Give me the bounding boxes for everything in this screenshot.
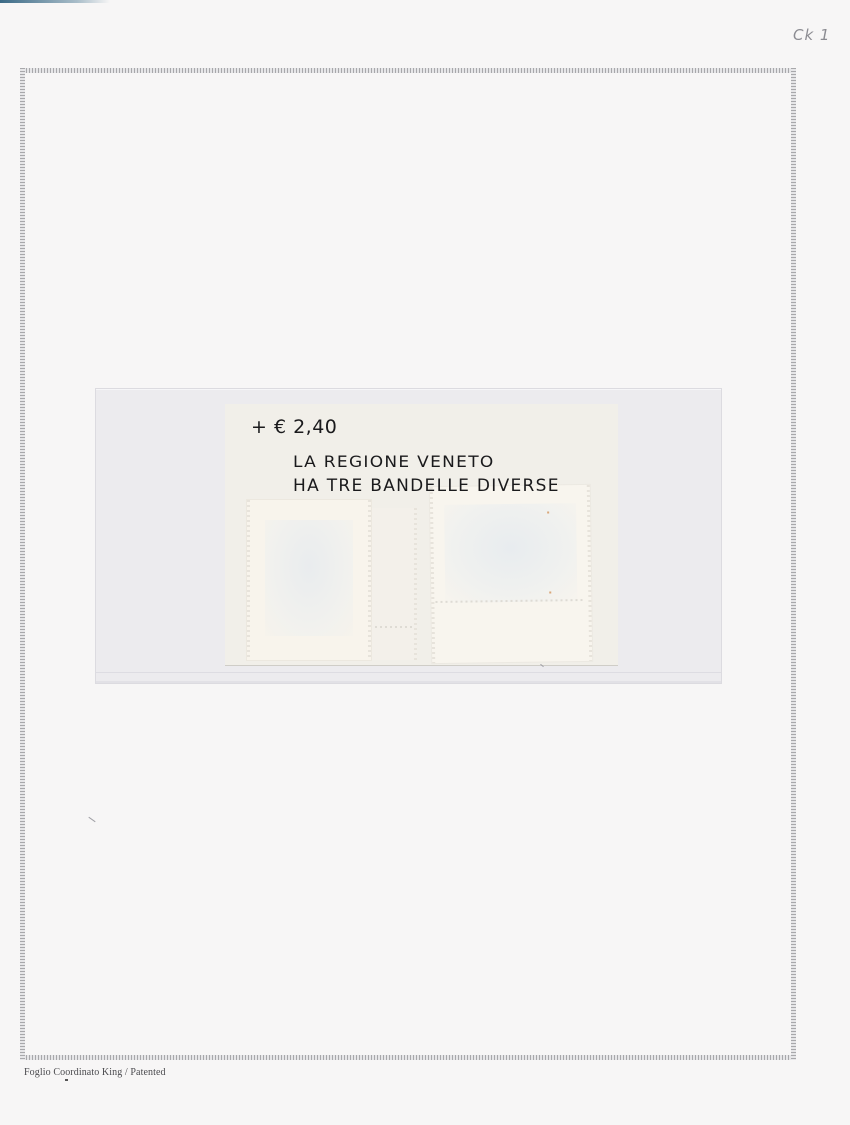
stamp-show-through — [444, 503, 577, 603]
page-number-mark: Ck 1 — [793, 26, 830, 44]
note-card: + € 2,40 LA REGIONE VENETO HA TRE BANDEL… — [225, 404, 618, 666]
footer-text: Foglio Coordinato King / Patented — [24, 1067, 166, 1078]
perforation-edge — [414, 508, 417, 660]
frame-left-border — [20, 68, 25, 1060]
note-line: HA TRE BANDELLE DIVERSE — [293, 476, 560, 496]
frame-top-border — [20, 68, 796, 73]
ink-speck — [549, 591, 551, 593]
frame-bottom-border — [20, 1055, 796, 1060]
perforation-edge — [587, 485, 592, 661]
note-line: LA REGIONE VENETO — [293, 453, 495, 472]
stamp-back-right — [430, 485, 592, 663]
perforation-row — [375, 626, 415, 628]
stamp-back-left — [247, 500, 371, 660]
perforation-edge — [368, 500, 371, 660]
scan-edge-tint — [0, 0, 110, 3]
scan-speck — [65, 1079, 68, 1081]
ink-speck — [547, 511, 549, 513]
pocket-fold-line — [96, 672, 721, 673]
stamp-show-through — [265, 520, 353, 636]
perforation-edge — [430, 487, 435, 663]
price-note: + € 2,40 — [251, 416, 337, 438]
perforation-edge — [247, 500, 250, 660]
frame-right-border — [791, 68, 796, 1060]
